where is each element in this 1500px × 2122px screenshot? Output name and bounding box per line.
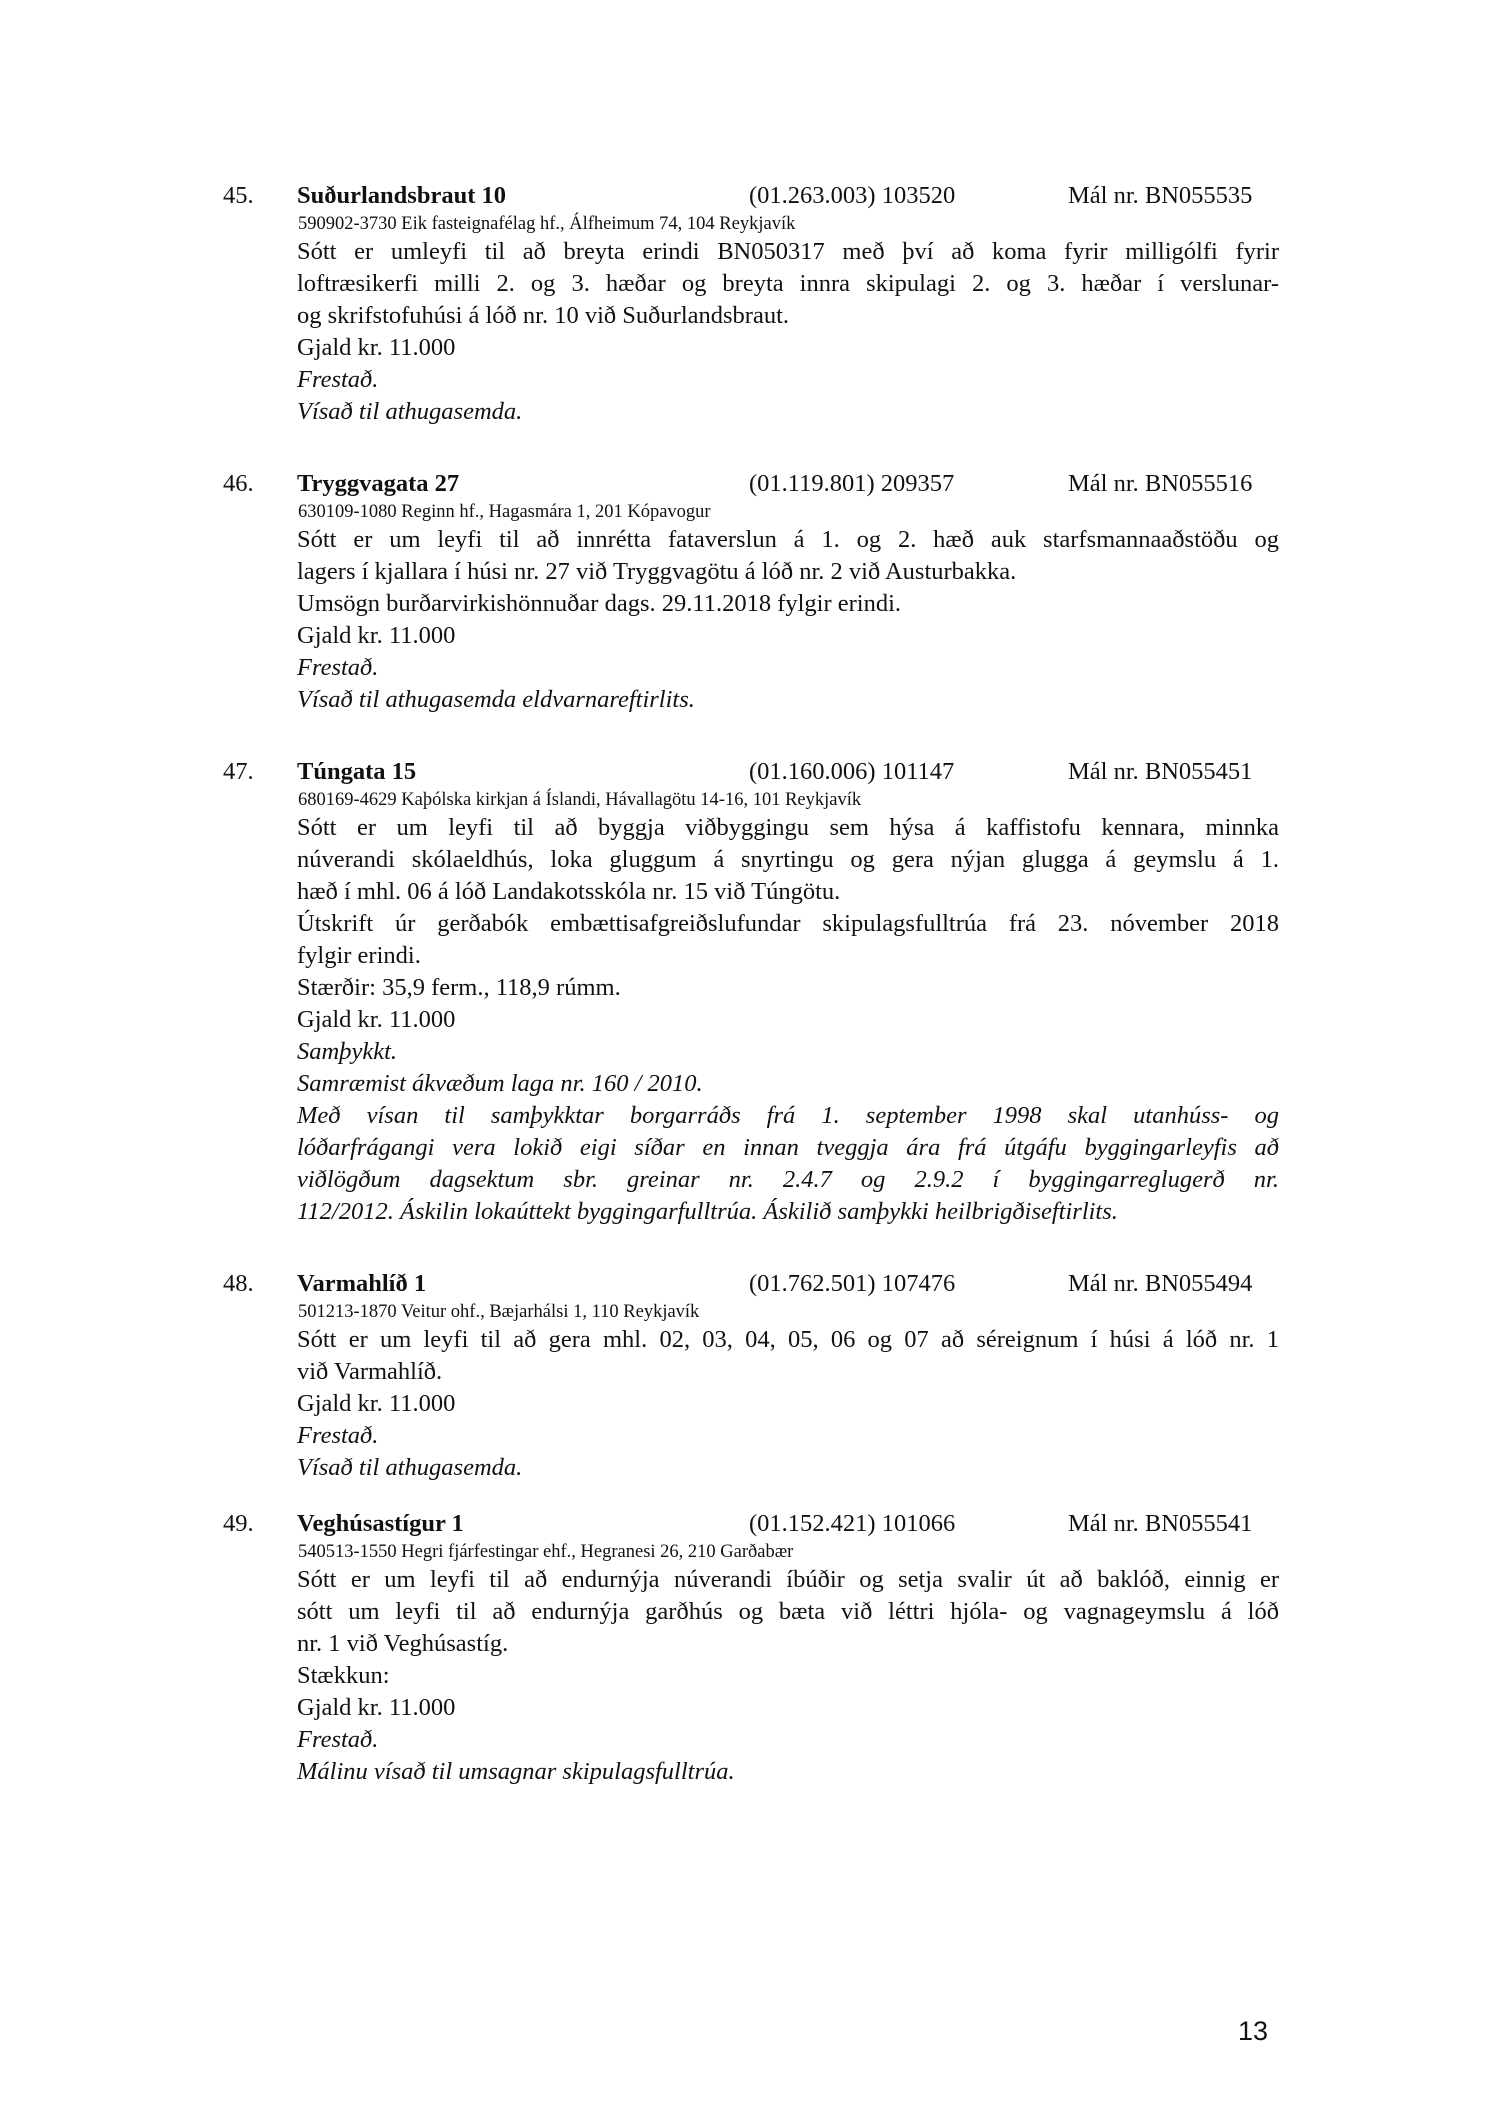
body-line: Stækkun: xyxy=(297,1660,1279,1692)
page-number: 13 xyxy=(1238,2015,1268,2047)
item-number: 49. xyxy=(223,1508,254,1540)
item-body: Sótt er um leyfi til að endurnýja núvera… xyxy=(297,1564,1279,1788)
agenda-item-header: 49. Veghúsastígur 1 (01.152.421) 101066 … xyxy=(0,1508,1500,1540)
decision-line: Vísað til athugasemda. xyxy=(297,1452,1279,1484)
body-line: fylgir erindi. xyxy=(297,940,1279,972)
decision-line: Samþykkt. xyxy=(297,1036,1279,1068)
body-line: loftræsikerfi milli 2. og 3. hæðar og br… xyxy=(297,268,1279,300)
case-number: Mál nr. BN055535 xyxy=(1068,180,1252,212)
decision-line: Frestað. xyxy=(297,1724,1279,1756)
agenda-item-46: 46. Tryggvagata 27 (01.119.801) 209357 M… xyxy=(0,468,1500,716)
body-line: Sótt er um leyfi til að endurnýja núvera… xyxy=(297,1564,1279,1596)
body-line: núverandi skólaeldhús, loka gluggum á sn… xyxy=(297,844,1279,876)
decision-line: Frestað. xyxy=(297,1420,1279,1452)
body-line: Stærðir: 35,9 ferm., 118,9 rúmm. xyxy=(297,972,1279,1004)
decision-line: 112/2012. Áskilin lokaúttekt byggingarfu… xyxy=(297,1196,1279,1228)
case-number: Mál nr. BN055494 xyxy=(1068,1268,1252,1300)
decision-line: lóðarfrágangi vera lokið eigi síðar en i… xyxy=(297,1132,1279,1164)
item-number: 47. xyxy=(223,756,254,788)
case-number: Mál nr. BN055541 xyxy=(1068,1508,1252,1540)
body-line: Sótt er umleyfi til að breyta erindi BN0… xyxy=(297,236,1279,268)
decision-line: Málinu vísað til umsagnar skipulagsfullt… xyxy=(297,1756,1279,1788)
agenda-item-47: 47. Túngata 15 (01.160.006) 101147 Mál n… xyxy=(0,756,1500,1228)
agenda-item-48: 48. Varmahlíð 1 (01.762.501) 107476 Mál … xyxy=(0,1268,1500,1484)
item-address: Tryggvagata 27 xyxy=(297,468,459,500)
item-body: Sótt er um leyfi til að innrétta fataver… xyxy=(297,524,1279,716)
body-line: sótt um leyfi til að endurnýja garðhús o… xyxy=(297,1596,1279,1628)
agenda-item-header: 46. Tryggvagata 27 (01.119.801) 209357 M… xyxy=(0,468,1500,500)
item-address: Suðurlandsbraut 10 xyxy=(297,180,506,212)
item-address: Veghúsastígur 1 xyxy=(297,1508,464,1540)
item-body: Sótt er um leyfi til að gera mhl. 02, 03… xyxy=(297,1324,1279,1484)
applicant-line: 590902-3730 Eik fasteignafélag hf., Álfh… xyxy=(298,212,1500,236)
decision-line: Samræmist ákvæðum laga nr. 160 / 2010. xyxy=(297,1068,1279,1100)
property-id: (01.263.003) 103520 xyxy=(749,180,955,212)
item-address: Varmahlíð 1 xyxy=(297,1268,426,1300)
agenda-item-49: 49. Veghúsastígur 1 (01.152.421) 101066 … xyxy=(0,1508,1500,1788)
applicant-line: 501213-1870 Veitur ohf., Bæjarhálsi 1, 1… xyxy=(298,1300,1500,1324)
decision-line: Vísað til athugasemda eldvarnareftirlits… xyxy=(297,684,1279,716)
body-line: Gjald kr. 11.000 xyxy=(297,1692,1279,1724)
body-line: og skrifstofuhúsi á lóð nr. 10 við Suður… xyxy=(297,300,1279,332)
body-line: lagers í kjallara í húsi nr. 27 við Tryg… xyxy=(297,556,1279,588)
document-page: 45. Suðurlandsbraut 10 (01.263.003) 1035… xyxy=(0,0,1500,2122)
body-line: hæð í mhl. 06 á lóð Landakotsskóla nr. 1… xyxy=(297,876,1279,908)
property-id: (01.119.801) 209357 xyxy=(749,468,954,500)
property-id: (01.152.421) 101066 xyxy=(749,1508,955,1540)
applicant-line: 680169-4629 Kaþólska kirkjan á Íslandi, … xyxy=(298,788,1500,812)
item-body: Sótt er um leyfi til að byggja viðbyggin… xyxy=(297,812,1279,1228)
body-line: nr. 1 við Veghúsastíg. xyxy=(297,1628,1279,1660)
item-body: Sótt er umleyfi til að breyta erindi BN0… xyxy=(297,236,1279,428)
case-number: Mál nr. BN055516 xyxy=(1068,468,1252,500)
decision-line: Með vísan til samþykktar borgarráðs frá … xyxy=(297,1100,1279,1132)
body-line: Útskrift úr gerðabók embættisafgreiðsluf… xyxy=(297,908,1279,940)
property-id: (01.762.501) 107476 xyxy=(749,1268,955,1300)
item-number: 46. xyxy=(223,468,254,500)
item-address: Túngata 15 xyxy=(297,756,416,788)
applicant-line: 540513-1550 Hegri fjárfestingar ehf., He… xyxy=(298,1540,1500,1564)
body-line: Gjald kr. 11.000 xyxy=(297,1388,1279,1420)
item-number: 48. xyxy=(223,1268,254,1300)
agenda-item-45: 45. Suðurlandsbraut 10 (01.263.003) 1035… xyxy=(0,180,1500,428)
decision-line: Frestað. xyxy=(297,652,1279,684)
body-line: Gjald kr. 11.000 xyxy=(297,1004,1279,1036)
decision-line: Frestað. xyxy=(297,364,1279,396)
agenda-item-header: 45. Suðurlandsbraut 10 (01.263.003) 1035… xyxy=(0,180,1500,212)
body-line: Umsögn burðarvirkishönnuðar dags. 29.11.… xyxy=(297,588,1279,620)
case-number: Mál nr. BN055451 xyxy=(1068,756,1252,788)
property-id: (01.160.006) 101147 xyxy=(749,756,954,788)
applicant-line: 630109-1080 Reginn hf., Hagasmára 1, 201… xyxy=(298,500,1500,524)
body-line: Gjald kr. 11.000 xyxy=(297,620,1279,652)
item-number: 45. xyxy=(223,180,254,212)
body-line: Sótt er um leyfi til að gera mhl. 02, 03… xyxy=(297,1324,1279,1356)
agenda-item-header: 48. Varmahlíð 1 (01.762.501) 107476 Mál … xyxy=(0,1268,1500,1300)
body-line: við Varmahlíð. xyxy=(297,1356,1279,1388)
decision-line: viðlögðum dagsektum sbr. greinar nr. 2.4… xyxy=(297,1164,1279,1196)
body-line: Sótt er um leyfi til að innrétta fataver… xyxy=(297,524,1279,556)
body-line: Sótt er um leyfi til að byggja viðbyggin… xyxy=(297,812,1279,844)
agenda-item-header: 47. Túngata 15 (01.160.006) 101147 Mál n… xyxy=(0,756,1500,788)
body-line: Gjald kr. 11.000 xyxy=(297,332,1279,364)
decision-line: Vísað til athugasemda. xyxy=(297,396,1279,428)
